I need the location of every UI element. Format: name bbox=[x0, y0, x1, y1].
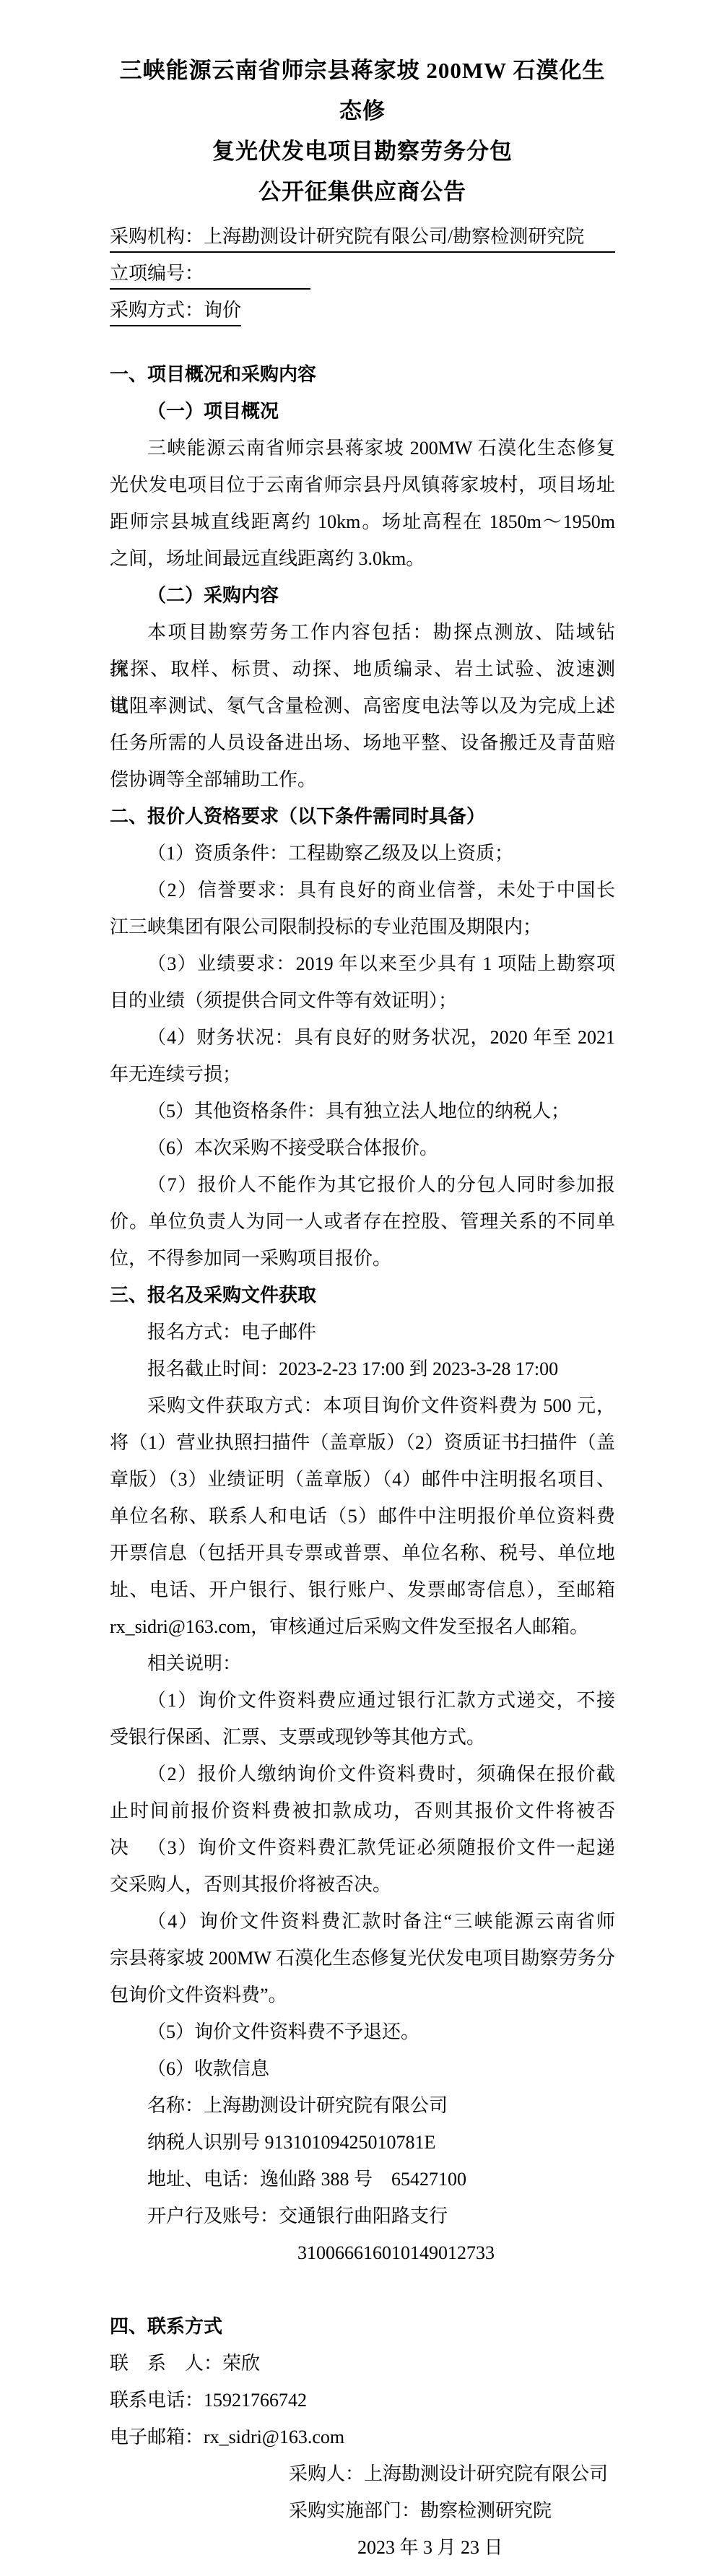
text-line: 三峡能源云南省师宗县蒋家坡 200MW 石漠化生态修复 bbox=[110, 430, 615, 467]
text-line: rx_sidri@163.com，审核通过后采购文件发至报名人邮箱。 bbox=[110, 1608, 615, 1645]
text-line: （5）询价文件资料费不予退还。 bbox=[110, 2013, 615, 2050]
text-line: （7）报价人不能作为其它报价人的分包人同时参加报 bbox=[110, 1166, 615, 1203]
text-line: 章版）（3）业绩证明（盖章版）（4）邮件中注明报名项目、 bbox=[110, 1461, 615, 1498]
text-line: 相关说明： bbox=[110, 1645, 615, 1682]
text-line: 开票信息（包括开具专票或普票、单位名称、税号、单位地 bbox=[110, 1535, 615, 1571]
text-line: 一、项目概况和采购内容 bbox=[110, 356, 615, 393]
blank-line bbox=[110, 2271, 615, 2308]
text-line: （4）财务状况：具有良好的财务状况，2020 年至 2021 bbox=[110, 1019, 615, 1056]
text-line: 本项目勘察劳务工作内容包括：勘探点测放、陆域钻探、 bbox=[110, 614, 615, 651]
header-fields: 采购机构：上海勘测设计研究院有限公司/勘察检测研究院 立项编号： 采购方式：询价 bbox=[110, 218, 615, 329]
text-line: 开户行及账号：交通银行曲阳路支行 bbox=[110, 2198, 615, 2234]
text-line: 宗县蒋家坡 200MW 石漠化生态修复光伏发电项目勘察劳务分 bbox=[110, 1940, 615, 1977]
text-line: 2023 年 3 月 23 日 bbox=[110, 2529, 615, 2566]
text-line: （3）询价文件资料费汇款凭证必须随报价文件一起递 bbox=[110, 1829, 615, 1866]
text-line: （4）询价文件资料费汇款时备注“三峡能源云南省师 bbox=[110, 1903, 615, 1940]
text-line: 二、报价人资格要求（以下条件需同时具备） bbox=[110, 798, 615, 835]
text-line: 电子邮箱：rx_sidri@163.com bbox=[110, 2419, 615, 2455]
text-line: 电阻率测试、氡气含量检测、高密度电法等以及为完成上述 bbox=[110, 688, 615, 724]
text-line: 光伏发电项目位于云南省师宗县丹凤镇蒋家坡村，项目场址 bbox=[110, 467, 615, 503]
text-line: 止时间前报价资料费被扣款成功，否则其报价文件将被否决； bbox=[110, 1792, 615, 1829]
text-line: 包询价文件资料费”。 bbox=[110, 1977, 615, 2013]
text-line: 将（1）营业执照扫描件（盖章版）（2）资质证书扫描件（盖 bbox=[110, 1424, 615, 1461]
text-line: 交采购人，否则其报价将被否决。 bbox=[110, 1866, 615, 1903]
text-line: 纳税人识别号 91310109425010781E bbox=[110, 2124, 615, 2161]
text-line: 报名截止时间：2023-2-23 17:00 到 2023-3-28 17:00 bbox=[110, 1350, 615, 1387]
document-title-line-1: 三峡能源云南省师宗县蒋家坡 200MW 石漠化生态修 bbox=[110, 51, 615, 131]
text-line: 目的业绩（须提供合同文件等有效证明）； bbox=[110, 982, 615, 1019]
document-title-line-3: 公开征集供应商公告 bbox=[110, 172, 615, 212]
procurement-method-text: 采购方式：询价 bbox=[110, 297, 241, 326]
text-line: 之间，场址间最远直线距离约 3.0km。 bbox=[110, 540, 615, 577]
text-line: 距师宗县城直线距离约 10km。场址高程在 1850m～1950m bbox=[110, 503, 615, 540]
text-line: 偿协调等全部辅助工作。 bbox=[110, 761, 615, 798]
text-line: （一）项目概况 bbox=[110, 393, 615, 430]
text-line: 价。单位负责人为同一人或者存在控股、管理关系的不同单 bbox=[110, 1203, 615, 1240]
text-line: 江三峡集团有限公司限制投标的专业范围及期限内； bbox=[110, 908, 615, 945]
text-line: （2）报价人缴纳询价文件资料费时，须确保在报价截 bbox=[110, 1756, 615, 1792]
text-line: 310066616010149012733 bbox=[110, 2234, 615, 2271]
text-line: 位，不得参加同一采购项目报价。 bbox=[110, 1240, 615, 1277]
text-line: （1）资质条件：工程勘察乙级及以上资质； bbox=[110, 835, 615, 872]
text-line: 坑探、取样、标贯、动探、地质编录、岩土试验、波速测试、 bbox=[110, 651, 615, 688]
text-line: 年无连续亏损； bbox=[110, 1056, 615, 1093]
document-body: 一、项目概况和采购内容（一）项目概况三峡能源云南省师宗县蒋家坡 200MW 石漠… bbox=[110, 356, 615, 2566]
text-line: 址、电话、开户银行、银行账户、发票邮寄信息），至邮箱 bbox=[110, 1571, 615, 1608]
text-line: （6）本次采购不接受联合体报价。 bbox=[110, 1129, 615, 1166]
project-number-label: 立项编号： bbox=[110, 260, 310, 290]
text-line: （5）其他资格条件：具有独立法人地位的纳税人； bbox=[110, 1093, 615, 1129]
text-line: 名称：上海勘测设计研究院有限公司 bbox=[110, 2087, 615, 2124]
text-line: 受银行保函、汇票、支票或现钞等其他方式。 bbox=[110, 1719, 615, 1756]
field-project-number: 立项编号： bbox=[110, 255, 615, 292]
text-line: 采购文件获取方式：本项目询价文件资料费为 500 元， bbox=[110, 1387, 615, 1424]
text-line: 报名方式：电子邮件 bbox=[110, 1314, 615, 1350]
text-line: （3）业绩要求：2019 年以来至少具有 1 项陆上勘察项 bbox=[110, 945, 615, 982]
text-line: （1）询价文件资料费应通过银行汇款方式递交，不接 bbox=[110, 1682, 615, 1719]
text-line: 联系电话：15921766742 bbox=[110, 2382, 615, 2419]
document-page: 三峡能源云南省师宗县蒋家坡 200MW 石漠化生态修 复光伏发电项目勘察劳务分包… bbox=[0, 0, 722, 2576]
text-line: 联 系 人：荣欣 bbox=[110, 2345, 615, 2382]
text-line: （2）信誉要求：具有良好的商业信誉，未处于中国长 bbox=[110, 872, 615, 908]
text-line: （二）采购内容 bbox=[110, 577, 615, 614]
text-line: 地址、电话：逸仙路 388 号 65427100 bbox=[110, 2161, 615, 2198]
field-procurement-agency: 采购机构：上海勘测设计研究院有限公司/勘察检测研究院 bbox=[110, 218, 615, 255]
text-line: 三、报名及采购文件获取 bbox=[110, 1277, 615, 1314]
document-title-line-2: 复光伏发电项目勘察劳务分包 bbox=[110, 131, 615, 172]
text-line: 单位名称、联系人和电话（5）邮件中注明报价单位资料费 bbox=[110, 1498, 615, 1535]
text-line: 任务所需的人员设备进出场、场地平整、设备搬迁及青苗赔 bbox=[110, 724, 615, 761]
text-line: 四、联系方式 bbox=[110, 2308, 615, 2345]
procurement-agency-text: 采购机构：上海勘测设计研究院有限公司/勘察检测研究院 bbox=[110, 223, 615, 253]
text-line: 采购实施部门：勘察检测研究院 bbox=[110, 2492, 615, 2529]
text-line: （6）收款信息 bbox=[110, 2050, 615, 2087]
text-line: 采购人：上海勘测设计研究院有限公司 bbox=[110, 2455, 615, 2492]
field-procurement-method: 采购方式：询价 bbox=[110, 292, 615, 329]
